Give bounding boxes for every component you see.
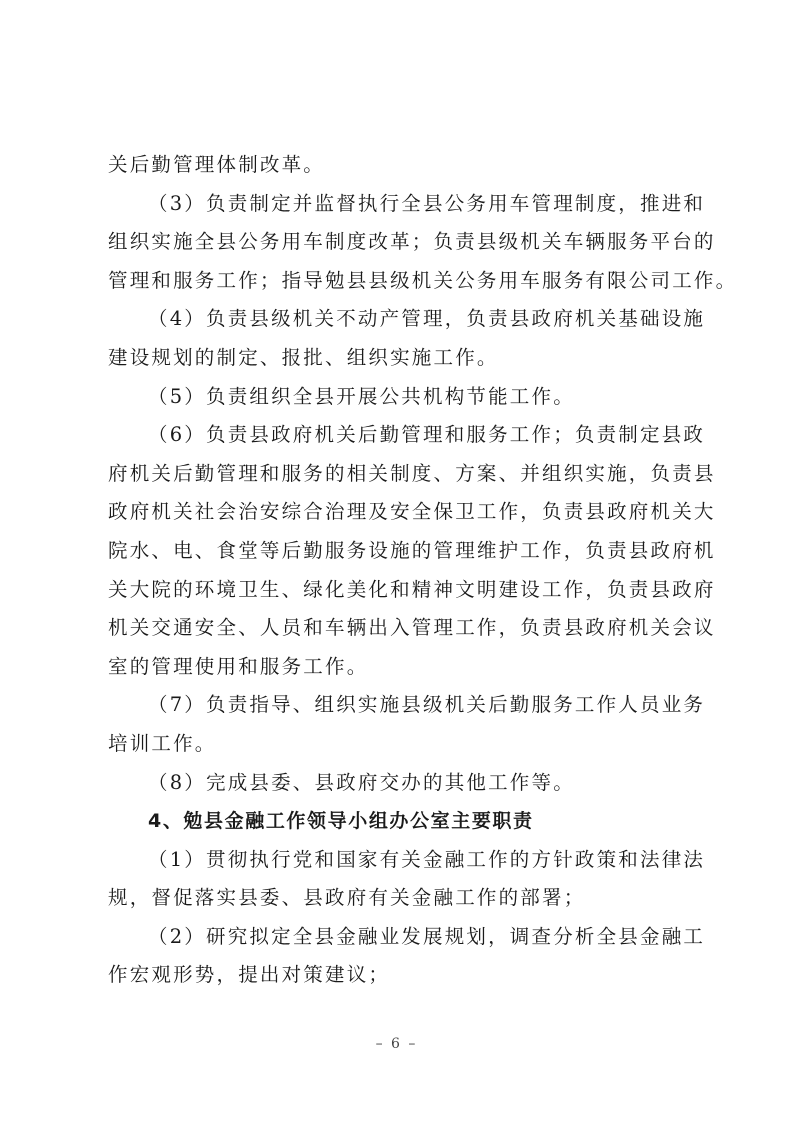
item-8-line: （8）完成县委、县政府交办的其他工作等。 (108, 764, 692, 803)
text-line: 府机关后勤管理和服务的相关制度、方案、并组织实施，负责县 (108, 455, 692, 494)
item-7-line: （7）负责指导、组织实施县级机关后勤服务工作人员业务 (108, 686, 692, 725)
text-line: 院水、电、食堂等后勤服务设施的管理维护工作，负责县政府机 (108, 532, 692, 571)
item-3-line: （3）负责制定并监督执行全县公务用车管理制度，推进和 (108, 185, 692, 224)
document-body: 关后勤管理体制改革。 （3）负责制定并监督执行全县公务用车管理制度，推进和 组织… (108, 146, 692, 995)
text-line: 培训工作。 (108, 725, 692, 764)
text-line: 关后勤管理体制改革。 (108, 146, 692, 185)
page-number: – 6 – (0, 1036, 793, 1052)
document-page: 关后勤管理体制改革。 （3）负责制定并监督执行全县公务用车管理制度，推进和 组织… (0, 0, 793, 1122)
text-line: 管理和服务工作；指导勉县县级机关公务用车服务有限公司工作。 (108, 262, 692, 301)
section-heading: 4、勉县金融工作领导小组办公室主要职责 (108, 802, 692, 841)
text-line: 关大院的环境卫生、绿化美化和精神文明建设工作，负责县政府 (108, 571, 692, 610)
text-line: 室的管理使用和服务工作。 (108, 648, 692, 687)
text-line: 建设规划的制定、报批、组织实施工作。 (108, 339, 692, 378)
text-line: 组织实施全县公务用车制度改革；负责县级机关车辆服务平台的 (108, 223, 692, 262)
item-2-line: （2）研究拟定全县金融业发展规划，调查分析全县金融工 (108, 918, 692, 957)
text-line: 规，督促落实县委、县政府有关金融工作的部署； (108, 879, 692, 918)
item-1-line: （1）贯彻执行党和国家有关金融工作的方针政策和法律法 (108, 841, 692, 880)
item-6-line: （6）负责县政府机关后勤管理和服务工作；负责制定县政 (108, 416, 692, 455)
item-4-line: （4）负责县级机关不动产管理，负责县政府机关基础设施 (108, 300, 692, 339)
text-line: 机关交通安全、人员和车辆出入管理工作，负责县政府机关会议 (108, 609, 692, 648)
text-line: 政府机关社会治安综合治理及安全保卫工作，负责县政府机关大 (108, 493, 692, 532)
text-line: 作宏观形势，提出对策建议； (108, 956, 692, 995)
item-5-line: （5）负责组织全县开展公共机构节能工作。 (108, 378, 692, 417)
